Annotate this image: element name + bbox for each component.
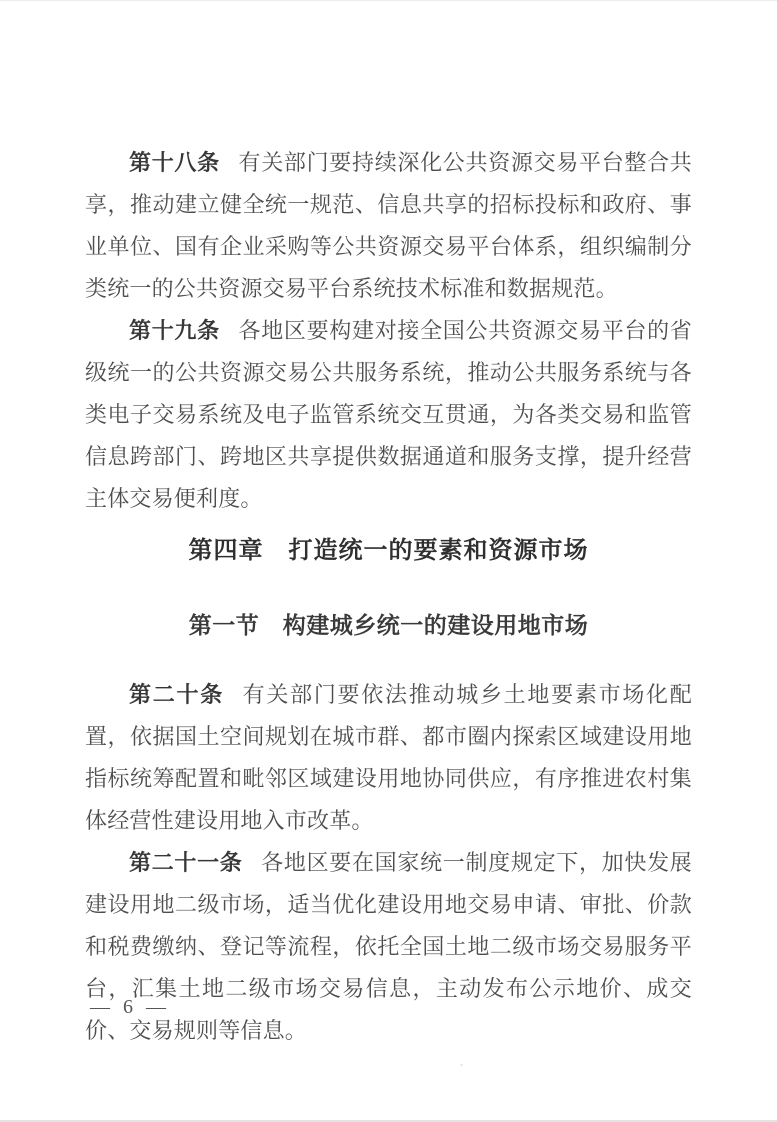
article-20-number: 第二十条	[129, 682, 224, 707]
document-content: 第十八条有关部门要持续深化公共资源交易平台整合共享，推动建立健全统一规范、信息共…	[0, 0, 777, 1052]
article-20-paragraph: 第二十条有关部门要依法推动城乡土地要素市场化配置，依据国土空间规划在城市群、都市…	[85, 674, 692, 842]
article-19-paragraph: 第十九条各地区要构建对接全国公共资源交易平台的省级统一的公共资源交易公共服务系统…	[85, 310, 692, 520]
section-heading: 第一节 构建城乡统一的建设用地市场	[85, 604, 692, 646]
page-number: — 6 —	[90, 996, 170, 1019]
article-18-paragraph: 第十八条有关部门要持续深化公共资源交易平台整合共享，推动建立健全统一规范、信息共…	[85, 142, 692, 310]
article-21-number: 第二十一条	[129, 850, 243, 875]
chapter-heading: 第四章 打造统一的要素和资源市场	[85, 530, 692, 572]
article-21-text: 各地区要在国家统一制度规定下，加快发展建设用地二级市场，适当优化建设用地交易申请…	[85, 850, 692, 1043]
document-page: 第十八条有关部门要持续深化公共资源交易平台整合共享，推动建立健全统一规范、信息共…	[0, 0, 777, 1122]
article-18-number: 第十八条	[129, 150, 220, 175]
article-19-number: 第十九条	[129, 318, 220, 343]
scan-artifact-speck	[460, 1064, 463, 1066]
article-21-paragraph: 第二十一条各地区要在国家统一制度规定下，加快发展建设用地二级市场，适当优化建设用…	[85, 842, 692, 1052]
article-19-text: 各地区要构建对接全国公共资源交易平台的省级统一的公共资源交易公共服务系统，推动公…	[85, 318, 692, 511]
